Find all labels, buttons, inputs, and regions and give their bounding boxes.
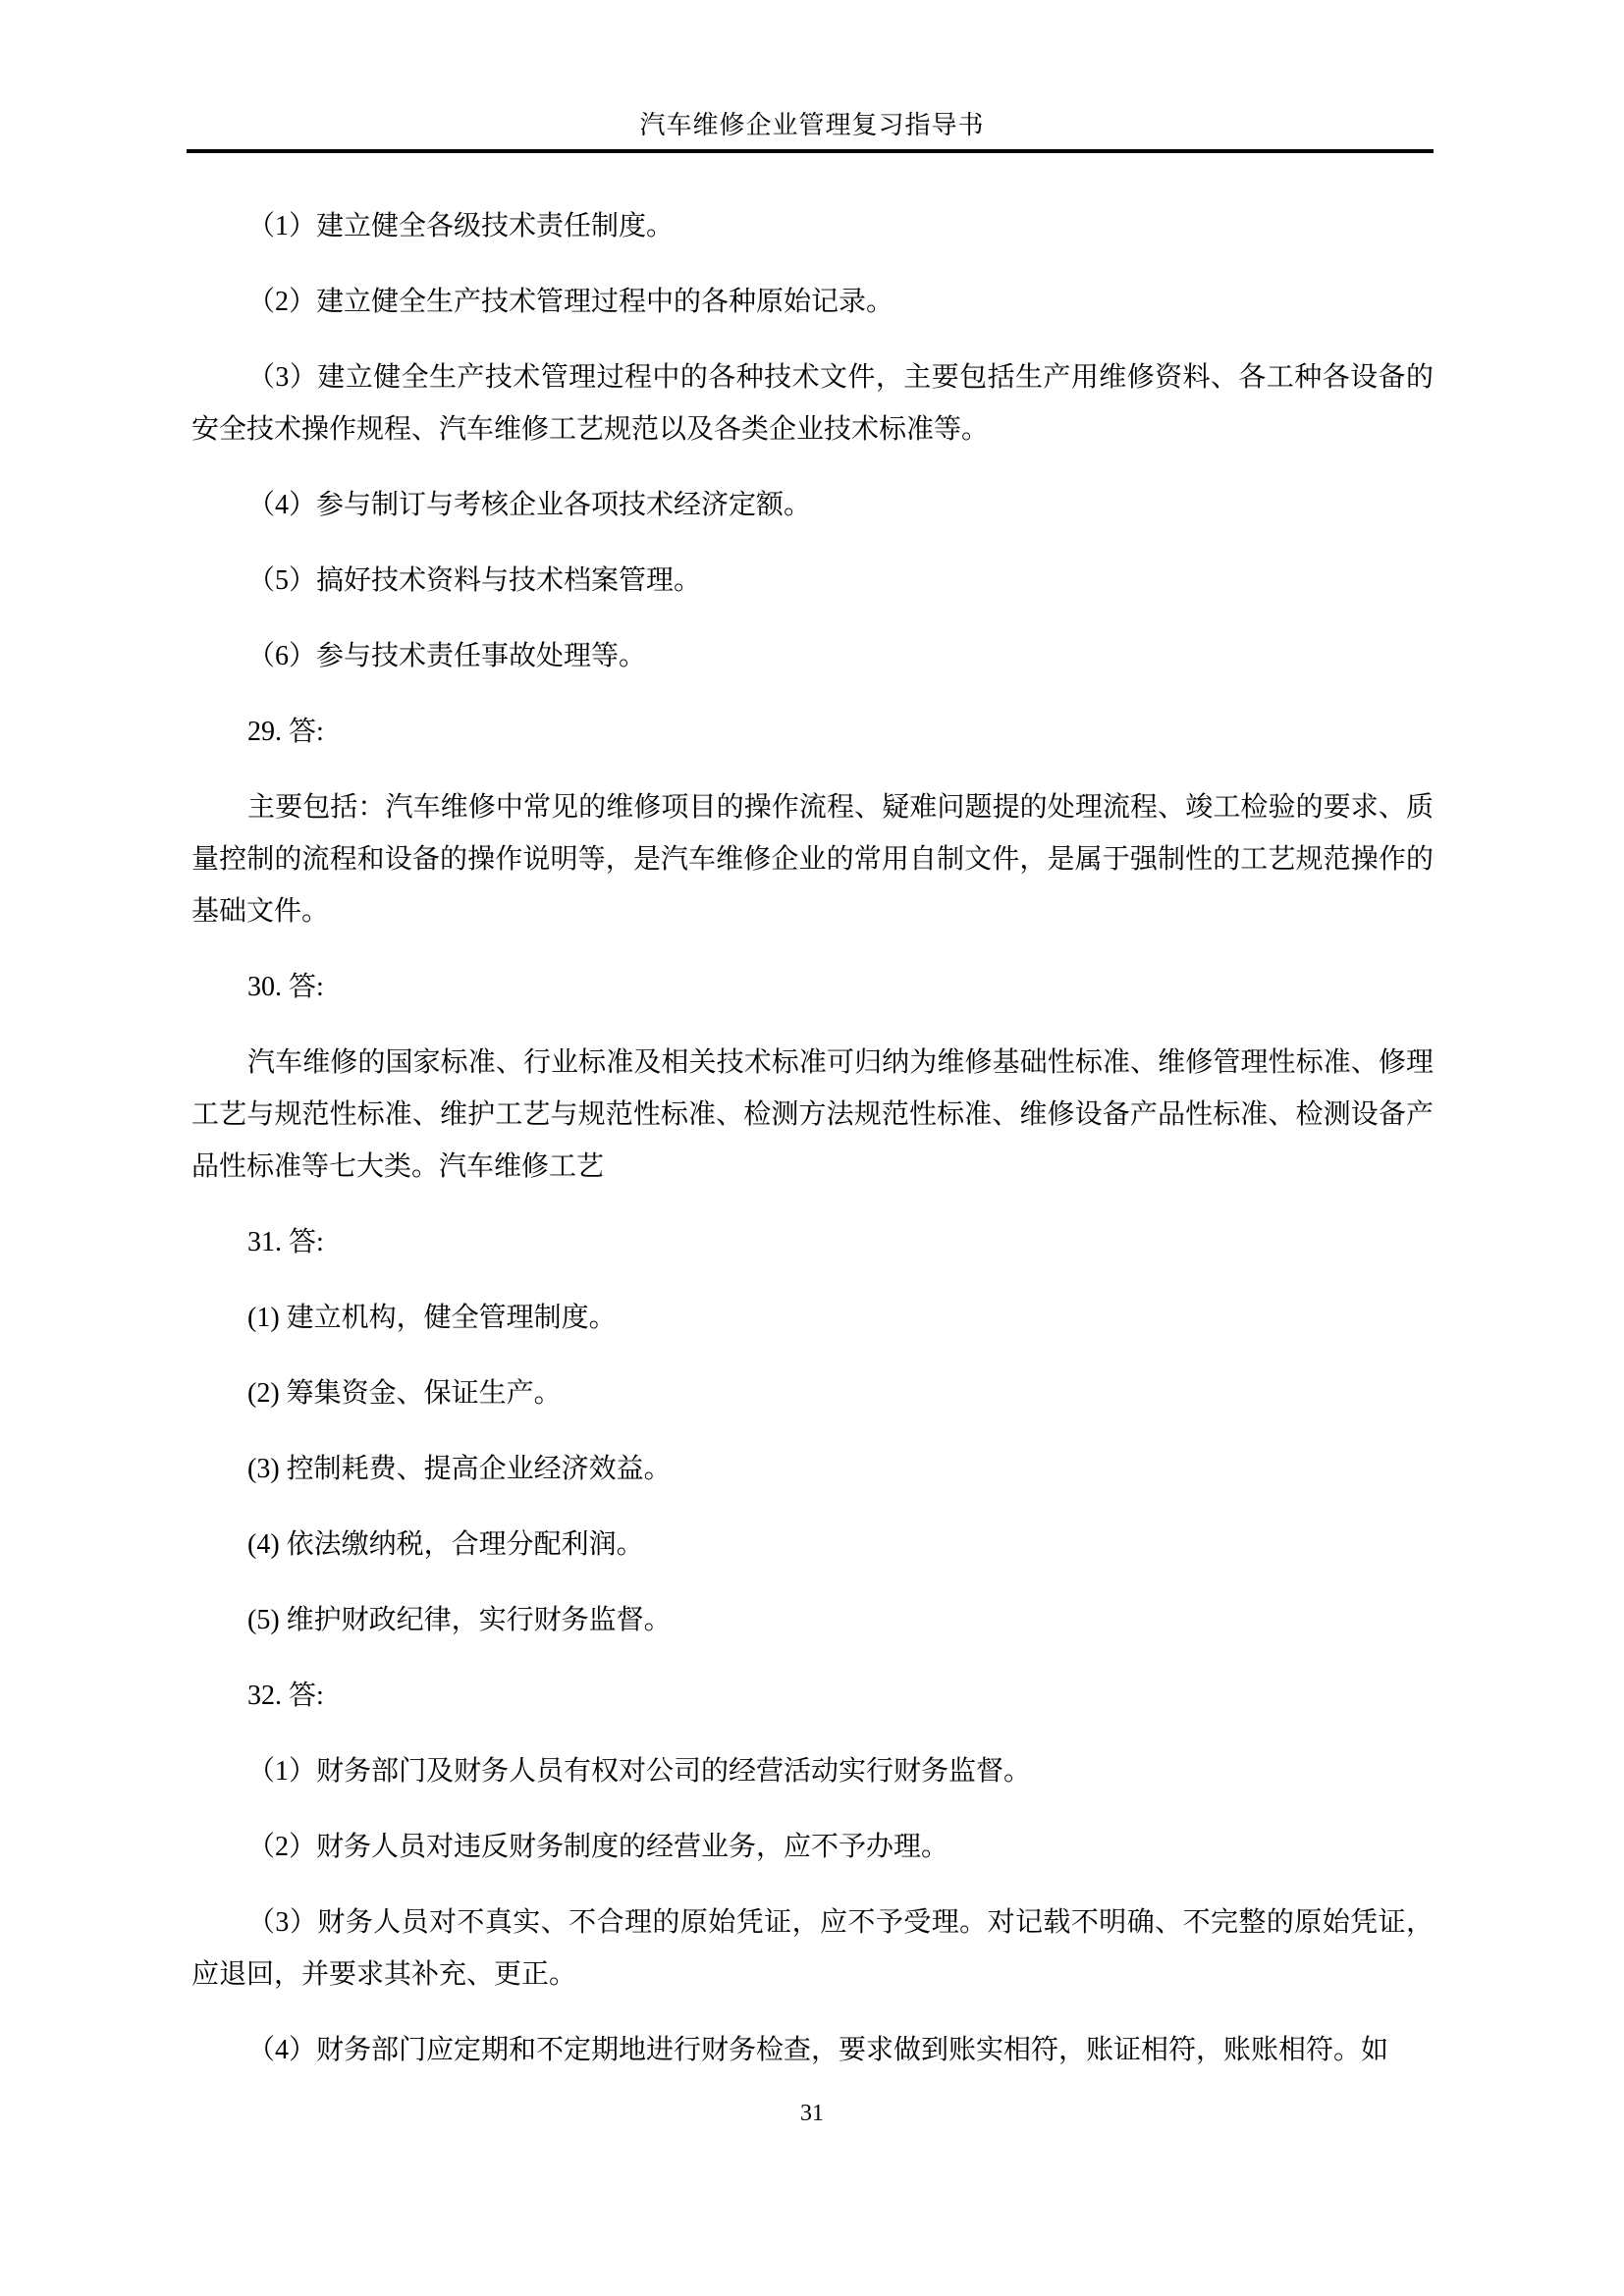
paragraph-list-item-fullwidth: （6）参与技术责任事故处理等。 — [191, 630, 1434, 682]
paragraph-list-item-fullwidth: （1）财务部门及财务人员有权对公司的经营活动实行财务监督。 — [191, 1745, 1434, 1797]
paragraph-list-item-fullwidth: （3）财务人员对不真实、不合理的原始凭证，应不予受理。对记载不明确、不完整的原始… — [191, 1896, 1434, 2001]
paragraph-answer-heading: 30. 答: — [191, 961, 1434, 1013]
paragraph-list-item-fullwidth: （2）财务人员对违反财务制度的经营业务，应不予办理。 — [191, 1821, 1434, 1873]
document-page: 汽车维修企业管理复习指导书 （1）建立健全各级技术责任制度。（2）建立健全生产技… — [0, 0, 1624, 2296]
paragraph-answer-heading: 31. 答: — [191, 1216, 1434, 1268]
paragraph-list-item-halfwidth: (5) 维护财政纪律，实行财务监督。 — [191, 1594, 1434, 1646]
paragraph-list-item-halfwidth: (1) 建立机构，健全管理制度。 — [191, 1292, 1434, 1344]
paragraph-list-item-fullwidth: （4）财务部门应定期和不定期地进行财务检查，要求做到账实相符，账证相符，账账相符… — [191, 2024, 1434, 2076]
paragraph-list-item-fullwidth: （1）建立健全各级技术责任制度。 — [191, 200, 1434, 252]
paragraph-list-item-halfwidth: (3) 控制耗费、提高企业经济效益。 — [191, 1443, 1434, 1495]
header-rule — [187, 149, 1434, 153]
paragraph-list-item-halfwidth: (2) 筹集资金、保证生产。 — [191, 1367, 1434, 1419]
document-body: （1）建立健全各级技术责任制度。（2）建立健全生产技术管理过程中的各种原始记录。… — [191, 200, 1434, 2100]
paragraph-answer-heading: 29. 答: — [191, 706, 1434, 758]
paragraph-body-paragraph: 汽车维修的国家标准、行业标准及相关技术标准可归纳为维修基础性标准、维修管理性标准… — [191, 1037, 1434, 1193]
paragraph-list-item-fullwidth: （4）参与制订与考核企业各项技术经济定额。 — [191, 479, 1434, 531]
paragraph-list-item-fullwidth: （2）建立健全生产技术管理过程中的各种原始记录。 — [191, 276, 1434, 328]
paragraph-answer-heading: 32. 答: — [191, 1670, 1434, 1722]
paragraph-body-paragraph: 主要包括：汽车维修中常见的维修项目的操作流程、疑难问题提的处理流程、竣工检验的要… — [191, 781, 1434, 937]
page-footer: 31 — [0, 2099, 1624, 2128]
page-number: 31 — [800, 2101, 824, 2126]
paragraph-list-item-fullwidth: （5）搞好技术资料与技术档案管理。 — [191, 555, 1434, 607]
paragraph-list-item-halfwidth: (4) 依法缴纳税，合理分配利润。 — [191, 1519, 1434, 1571]
paragraph-list-item-fullwidth: （3）建立健全生产技术管理过程中的各种技术文件，主要包括生产用维修资料、各工种各… — [191, 351, 1434, 455]
header-title: 汽车维修企业管理复习指导书 — [0, 110, 1624, 141]
